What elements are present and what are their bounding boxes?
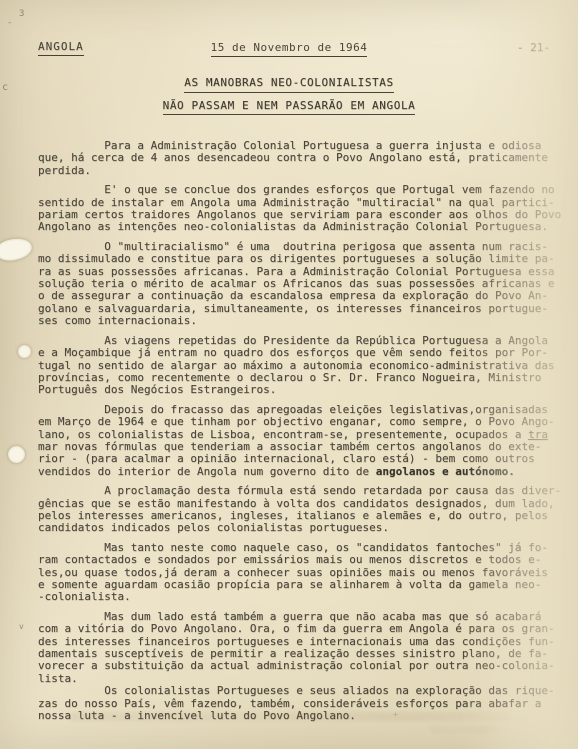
text-segment: vendidos do interior de Angola num gover… — [38, 465, 376, 478]
text-line: Os colonialistas Portugueses e seus alia… — [38, 685, 578, 697]
document-page: ANGOLA 15 de Novembro de 1964 - 21- AS M… — [0, 0, 578, 749]
date-text: 15 de Novembro de 1964 — [211, 41, 368, 57]
paragraph-2: E' o que se conclue dos grandes esforços… — [38, 184, 578, 234]
document-body: Para a Administração Colonial Portuguesa… — [38, 140, 578, 722]
underlined-segment: tra — [528, 428, 548, 441]
paper-damage-spot — [0, 235, 34, 263]
text-line: Português dos Negócios Estrangeiros. — [38, 384, 578, 396]
text-line: ram contactados e sondados por emissário… — [38, 554, 578, 566]
document-title: AS MANOBRAS NEO-COLONIALISTAS NÃO PASSAM… — [0, 76, 578, 121]
margin-mark: v — [19, 622, 24, 631]
text-line: e a Moçambique já entram no quadro dos e… — [38, 347, 578, 359]
paragraph-4: As viagens repetidas do Presidente da Re… — [38, 335, 578, 397]
paragraph-3: O "multiracialismo" é uma doutrina perig… — [38, 241, 578, 328]
ink-bleed-ghost — [70, 712, 510, 721]
paragraph-7: Mas tanto neste como naquele caso, os "c… — [38, 542, 578, 604]
punch-hole — [18, 345, 31, 358]
text-line: E' o que se conclue dos grandes esforços… — [38, 184, 578, 196]
paragraph-5: Depois do fracasso das apregoadas eleiçõ… — [38, 404, 578, 478]
title-line-1: AS MANOBRAS NEO-COLONIALISTAS — [184, 76, 393, 93]
page-header: ANGOLA 15 de Novembro de 1964 - 21- — [0, 41, 578, 57]
text-segment: lano, os colonialistas de Lisboa, encont… — [38, 428, 528, 441]
text-line: candidatos indicados pelos colonialistas… — [38, 522, 578, 534]
paragraph-8: Mas dum lado está também a guerra que nã… — [38, 611, 578, 685]
page-number: - 21- — [517, 42, 550, 54]
text-line: Angolano as intenções neo-colonialistas … — [38, 221, 578, 233]
text-line: que, há cerca de 4 anos desencadeou cont… — [38, 152, 578, 164]
text-line: o de assegurar a continuação da escandal… — [38, 290, 578, 302]
margin-mark: c — [2, 82, 8, 93]
paragraph-1: Para a Administração Colonial Portuguesa… — [38, 140, 578, 177]
title-line-2: NÃO PASSAM E NEM PASSARÃO EM ANGOLA — [163, 99, 416, 116]
margin-mark: 3 — [19, 9, 24, 19]
text-line: perdida. — [38, 165, 578, 177]
date-line: 15 de Novembro de 1964 — [0, 41, 578, 57]
text-line: ses como internacionais. — [38, 315, 578, 327]
bold-segment: angolanos e autónomo. — [376, 465, 515, 478]
punch-hole — [8, 446, 25, 463]
text-line: mo dissimulado e constitue para os dirig… — [38, 253, 578, 265]
paragraph-6: A proclamação desta fórmula está sendo r… — [38, 485, 578, 535]
text-line: A proclamação desta fórmula está sendo r… — [38, 485, 578, 497]
ink-bleed-ghost — [430, 726, 500, 733]
text-line: -colonialista. — [38, 591, 578, 603]
text-line: vendidos do interior de Angola num gover… — [38, 466, 578, 478]
margin-mark: - — [7, 18, 12, 28]
margin-mark: + — [393, 710, 398, 719]
text-line: com a vitória do Povo Angolano. Ora, o f… — [38, 623, 578, 635]
text-line: vorecer a substituição da actual adminis… — [38, 660, 578, 672]
